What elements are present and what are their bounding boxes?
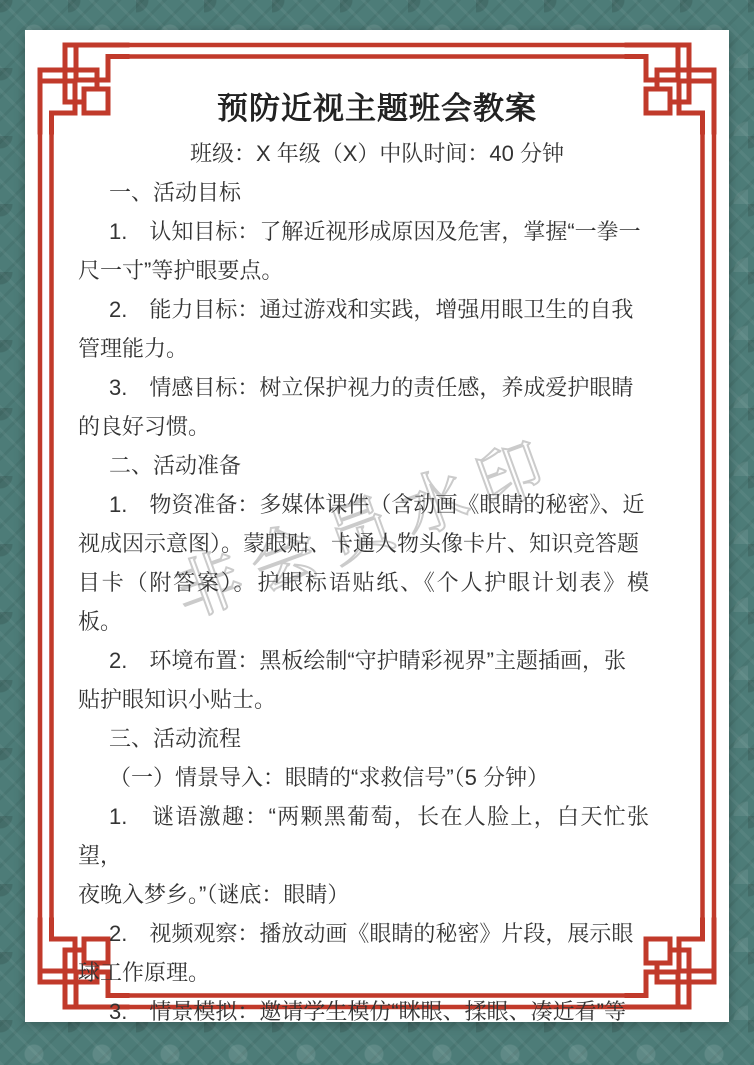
lesson-plan-document: 预防近视主题班会教案 班级：X 年级（X）中队时间：40 分钟 一、活动目标 1…: [25, 30, 729, 1031]
section-heading: 三、活动流程: [78, 719, 649, 758]
paragraph: 1. 物资准备：多媒体课件（含动画《眼睛的秘密》、近 视成因示意图）。蒙眼贴、卡…: [78, 485, 649, 641]
paragraph: 1. 认知目标：了解近视形成原因及危害，掌握“一拳一 尺一寸”等护眼要点。: [78, 212, 649, 290]
section-heading: 一、活动目标: [78, 173, 649, 212]
paragraph: 2. 环境布置：黑板绘制“守护睛彩视界”主题插画，张 贴护眼知识小贴士。: [78, 641, 649, 719]
page-title: 预防近视主题班会教案: [25, 92, 729, 126]
paragraph: 1. 谜语激趣：“两颗黑葡萄，长在人脸上，白天忙张望， 夜晚入梦乡。”（谜底：眼…: [78, 797, 649, 914]
section-heading: 二、活动准备: [78, 446, 649, 485]
paragraph: 2. 视频观察：播放动画《眼睛的秘密》片段，展示眼 球工作原理。: [78, 914, 649, 992]
paragraph: 3. 情感目标：树立保护视力的责任感，养成爱护眼睛 的良好习惯。: [78, 368, 649, 446]
paragraph: （一）情景导入：眼睛的“求救信号”（5 分钟）: [78, 758, 649, 797]
class-and-duration-line: 班级：X 年级（X）中队时间：40 分钟: [25, 141, 729, 167]
document-page: 非会员水印 预防近视主题班会教案 班级：X 年级（X）中队时间：40 分钟 一、…: [25, 30, 729, 1022]
document-body: 一、活动目标 1. 认知目标：了解近视形成原因及危害，掌握“一拳一 尺一寸”等护…: [78, 173, 649, 1031]
paragraph: 3. 情景模拟：邀请学生模仿“眯眼、揉眼、凑近看”等: [78, 992, 649, 1031]
paragraph: 2. 能力目标：通过游戏和实践，增强用眼卫生的自我 管理能力。: [78, 290, 649, 368]
screenshot-root: { "document": { "title": "预防近视主题班会教案", "…: [0, 0, 754, 1065]
